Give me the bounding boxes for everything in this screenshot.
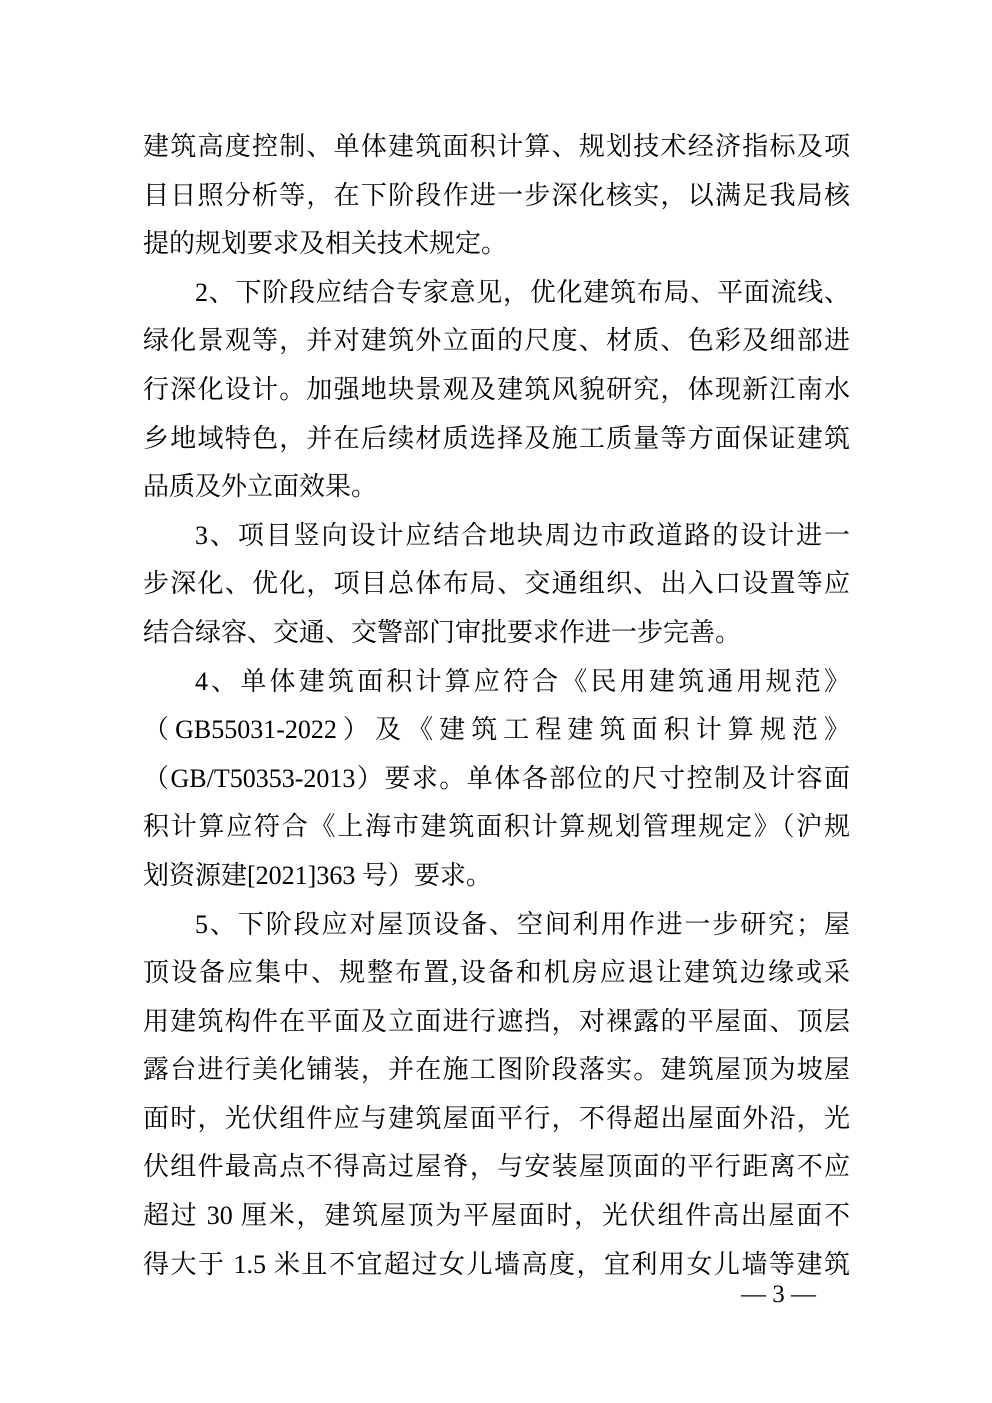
text-line: 绿化景观等，并对建筑外立面的尺度、材质、色彩及细部进	[143, 317, 850, 366]
document-body: 建筑高度控制、单体建筑面积计算、规划技术经济指标及项 目日照分析等，在下阶段作进…	[143, 123, 850, 1289]
text-line: 积计算应符合《上海市建筑面积计算规划管理规定》（沪规	[143, 803, 850, 852]
text-line: 目日照分析等，在下阶段作进一步深化核实，以满足我局核	[143, 172, 850, 221]
text-line: 用建筑构件在平面及立面进行遮挡，对裸露的平屋面、顶层	[143, 998, 850, 1047]
text-line: 行深化设计。加强地块景观及建筑风貌研究，体现新江南水	[143, 366, 850, 415]
paragraph-item-5: 5、下阶段应对屋顶设备、空间利用作进一步研究；屋 顶设备应集中、规整布置,设备和…	[143, 901, 850, 1290]
text-line: 结合绿容、交通、交警部门审批要求作进一步完善。	[143, 609, 850, 658]
text-line: 5、下阶段应对屋顶设备、空间利用作进一步研究；屋	[143, 901, 850, 950]
text-line: （GB/T50353-2013）要求。单体各部位的尺寸控制及计容面	[143, 755, 850, 804]
text-line: 步深化、优化，项目总体布局、交通组织、出入口设置等应	[143, 560, 850, 609]
text-line: 露台进行美化铺装，并在施工图阶段落实。建筑屋顶为坡屋	[143, 1046, 850, 1095]
text-line: 3、项目竖向设计应结合地块周边市政道路的设计进一	[143, 512, 850, 561]
text-line: 超过 30 厘米，建筑屋顶为平屋面时，光伏组件高出屋面不	[143, 1192, 850, 1241]
text-line: （GB55031-2022）及《建筑工程建筑面积计算规范》	[143, 706, 850, 755]
text-line: 2、下阶段应结合专家意见，优化建筑布局、平面流线、	[143, 269, 850, 318]
paragraph-continued: 建筑高度控制、单体建筑面积计算、规划技术经济指标及项 目日照分析等，在下阶段作进…	[143, 123, 850, 269]
page-number: — 3 —	[143, 1280, 850, 1310]
text-line: 划资源建[2021]363 号）要求。	[143, 852, 850, 901]
text-line: 建筑高度控制、单体建筑面积计算、规划技术经济指标及项	[143, 123, 850, 172]
paragraph-item-4: 4、单体建筑面积计算应符合《民用建筑通用规范》 （GB55031-2022）及《…	[143, 658, 850, 901]
text-line: 伏组件最高点不得高过屋脊，与安装屋顶面的平行距离不应	[143, 1143, 850, 1192]
document-page: 建筑高度控制、单体建筑面积计算、规划技术经济指标及项 目日照分析等，在下阶段作进…	[0, 0, 992, 1403]
paragraph-item-3: 3、项目竖向设计应结合地块周边市政道路的设计进一 步深化、优化，项目总体布局、交…	[143, 512, 850, 658]
text-line: 乡地域特色，并在后续材质选择及施工质量等方面保证建筑	[143, 415, 850, 464]
paragraph-item-2: 2、下阶段应结合专家意见，优化建筑布局、平面流线、 绿化景观等，并对建筑外立面的…	[143, 269, 850, 512]
text-line: 顶设备应集中、规整布置,设备和机房应退让建筑边缘或采	[143, 949, 850, 998]
text-line: 面时，光伏组件应与建筑屋面平行，不得超出屋面外沿，光	[143, 1095, 850, 1144]
text-line: 4、单体建筑面积计算应符合《民用建筑通用规范》	[143, 658, 850, 707]
text-line: 提的规划要求及相关技术规定。	[143, 220, 850, 269]
text-line: 品质及外立面效果。	[143, 463, 850, 512]
